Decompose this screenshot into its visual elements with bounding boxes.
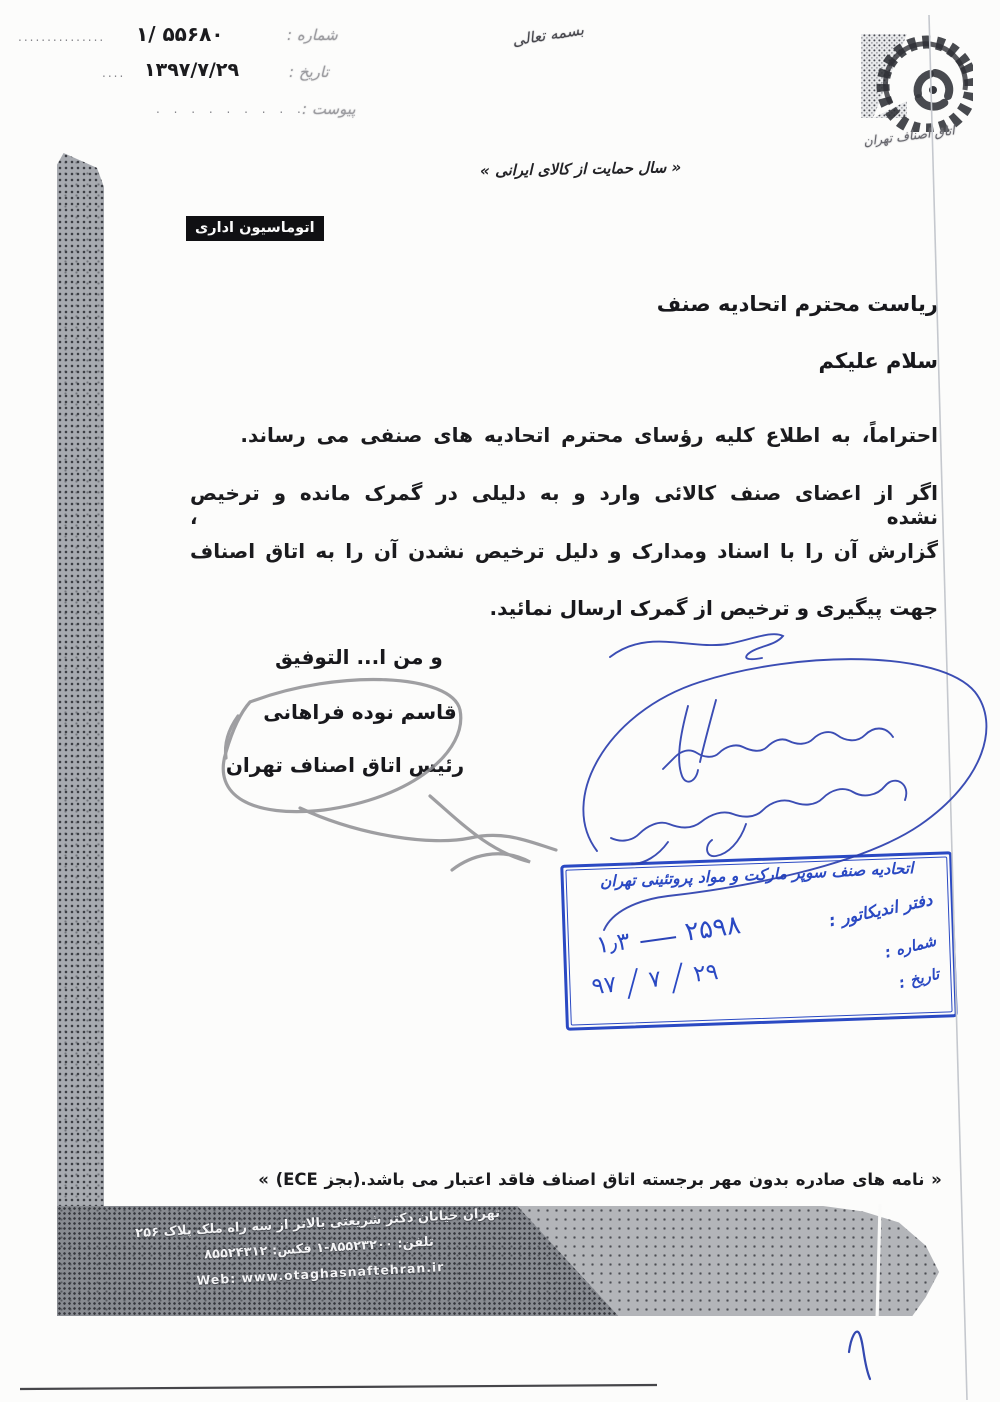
intro-lead-word: احتراماً،: [862, 423, 938, 447]
signer-title: رئیس اتاق اصناف تهران: [210, 753, 480, 777]
year-slogan: « سال حمایت از کالای ایرانی »: [480, 158, 681, 180]
stamp-number-dash: [640, 936, 676, 943]
letter-number: ۱/ ۵۵۶۸۰: [136, 22, 224, 46]
number-label: شماره :: [287, 26, 338, 44]
bismillah-handwriting: بسمه تعالی: [511, 20, 585, 49]
paragraph-line-2: اگر از اعضای صنف کالائی وارد و به دلیلی …: [190, 481, 938, 529]
intro-rest: به اطلاع کلیه رؤسای محترم اتحادیه های صن…: [240, 423, 861, 447]
chamber-of-guilds-logo-icon: [853, 24, 973, 132]
letter-date: ۱۳۹۷/۷/۲۹: [144, 59, 239, 81]
scanned-letter-page: تهران خیابان دکتر شریعتی بالاتر از سه را…: [0, 0, 1000, 1402]
paragraph-line-3: گزارش آن را با اسناد ومدارک و دلیل ترخیص…: [190, 539, 938, 563]
footer-halftone-band: تهران خیابان دکتر شریعتی بالاتر از سه را…: [57, 1206, 948, 1316]
stamp-date-month: ۷: [647, 966, 662, 993]
fold-line: [929, 15, 967, 1400]
validity-note: « نامه های صادره بدون مهر برجسته اتاق اص…: [250, 1170, 950, 1189]
signer-name: قاسم نوده فراهانی: [230, 700, 490, 724]
number-leader-dots: ...............: [18, 30, 105, 44]
blue-pen-tick: [849, 1332, 870, 1379]
date-leader-dots: ....: [102, 66, 125, 80]
address-block: تهران خیابان دکتر شریعتی بالاتر از سه را…: [97, 1199, 541, 1299]
closing-phrase: و من ا... التوفیق: [244, 645, 474, 669]
intro-line: احتراماً، به اطلاع کلیه رؤسای محترم اتحا…: [240, 423, 938, 447]
footer-dark-band: تهران خیابان دکتر شریعتی بالاتر از سه را…: [57, 1206, 618, 1316]
scan-fold-shadow-strip: [57, 153, 104, 1215]
stamp-date-year: ۹۷: [590, 971, 618, 1000]
scan-artifacts-overlay: [0, 0, 1000, 1402]
date-label: تاریخ :: [289, 63, 329, 81]
union-registry-stamp: اتحادیه صنف سوپر مارکت و مواد پروتئینی ت…: [560, 851, 958, 1031]
attachment-leader-dots: . . . . . . . . .: [156, 102, 306, 116]
recipient-line: ریاست محترم اتحادیه صنف: [657, 292, 938, 316]
stamp-date-day: ۲۹: [692, 959, 720, 988]
attachment-label: پیوست :: [302, 100, 356, 118]
automation-badge: اتوماسیون اداری: [186, 216, 324, 241]
paragraph-line-4: جهت پیگیری و ترخیص از گمرک ارسال نمائید.: [490, 596, 939, 620]
scan-edge-line: [20, 1385, 657, 1389]
greeting-line: سلام علیکم: [819, 349, 938, 373]
stamp-number-left: ۱٫۳: [595, 927, 632, 959]
